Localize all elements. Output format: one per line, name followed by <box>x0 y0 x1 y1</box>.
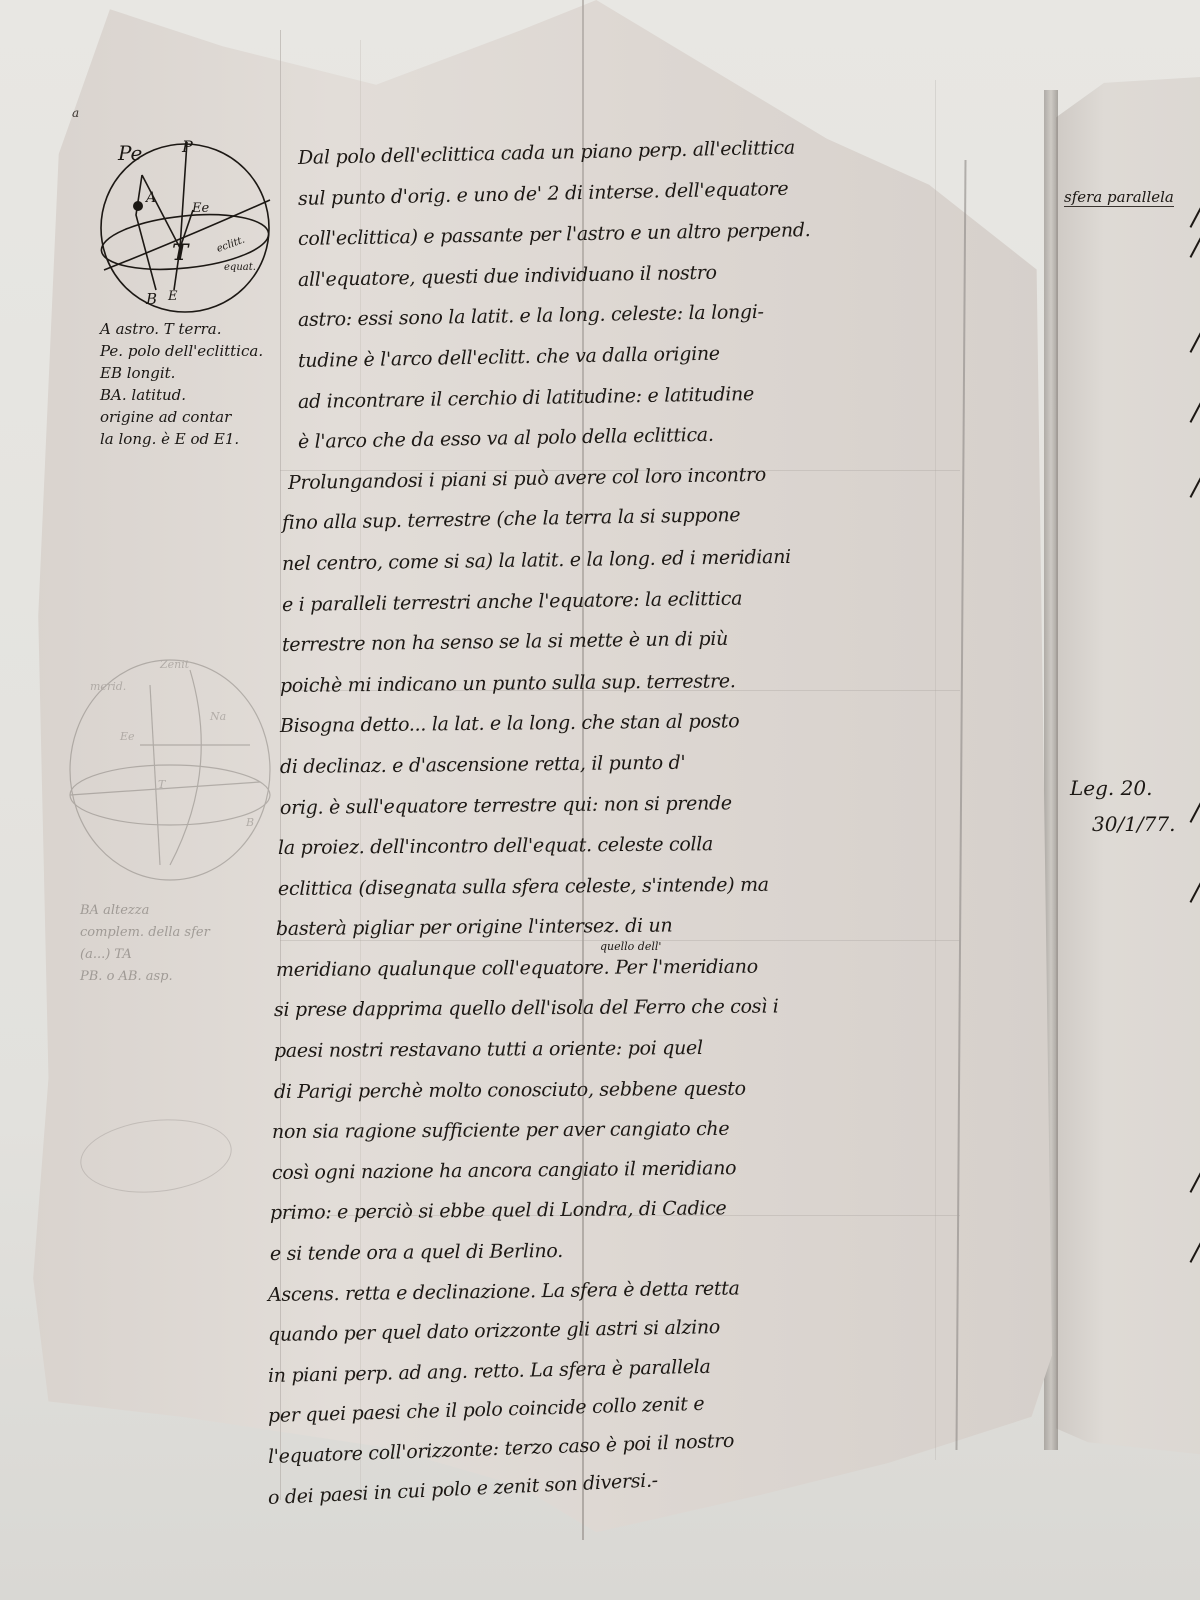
svg-text:Na: Na <box>209 710 226 723</box>
text-line: la proiez. dell'incontro dell'equat. cel… <box>278 822 958 869</box>
svg-text:B: B <box>245 816 254 829</box>
pencil-note-line: complem. della sfer <box>80 922 280 944</box>
label-pe: Pe <box>117 141 142 165</box>
text-line: paesi nostri restavano tutti a oriente: … <box>274 1026 958 1071</box>
right-page: sfera parallela Leg. 20. 30/1/77. <box>1056 76 1200 1456</box>
svg-text:Ee: Ee <box>119 730 135 743</box>
pencil-note-line: BA altezza <box>80 900 280 922</box>
text-line: Bisogna detto... la lat. e la long. che … <box>280 699 958 747</box>
right-page-header: sfera parallela <box>1064 188 1174 207</box>
text-line: terrestre non ha senso se la si mette è … <box>282 616 959 666</box>
text-line: eclittica (disegnata sulla sfera celeste… <box>278 863 958 910</box>
text-line: orig. è sull'equatore terrestre qui: non… <box>280 780 958 828</box>
lecture-date: 30/1/77. <box>1092 812 1175 836</box>
text-line: di Parigi perchè molto conosciuto, sebbe… <box>274 1067 958 1112</box>
svg-text:Zenit: Zenit <box>159 658 190 671</box>
svg-text:equat.: equat. <box>224 262 256 273</box>
pencil-sphere-sketch: Zenit merid. Ee T B Na <box>50 640 280 890</box>
svg-text:eclitt.: eclitt. <box>215 235 246 255</box>
pencil-note-line: (a...) TA <box>80 944 280 966</box>
corner-mark: a <box>72 106 79 120</box>
lecture-number: Leg. 20. <box>1070 776 1152 800</box>
svg-text:E: E <box>167 289 178 304</box>
text-line: si prese dapprima quello dell'isola del … <box>274 986 958 1031</box>
svg-text:A: A <box>144 190 156 206</box>
svg-text:Ee: Ee <box>191 201 209 216</box>
text-line: primo: e perciò si ebbe quel di Londra, … <box>270 1186 958 1234</box>
pencil-note-line: PB. o AB. asp. <box>80 966 280 988</box>
svg-text:T: T <box>172 240 190 266</box>
star-icon <box>133 201 143 211</box>
manuscript-body: Dal polo dell'eclittica cada un piano pe… <box>268 138 958 1518</box>
svg-text:merid.: merid. <box>90 680 126 693</box>
pencil-notes: BA altezza complem. della sfer (a...) TA… <box>80 900 280 988</box>
svg-text:P: P <box>181 137 193 156</box>
text-line: di declinaz. e d'ascensione retta, il pu… <box>280 740 958 788</box>
celestial-sphere-diagram: Pe P A Ee T B E eclitt. equat. <box>80 130 290 330</box>
interlinear-insertion: quello dell' <box>600 940 661 953</box>
svg-text:B: B <box>145 290 157 308</box>
